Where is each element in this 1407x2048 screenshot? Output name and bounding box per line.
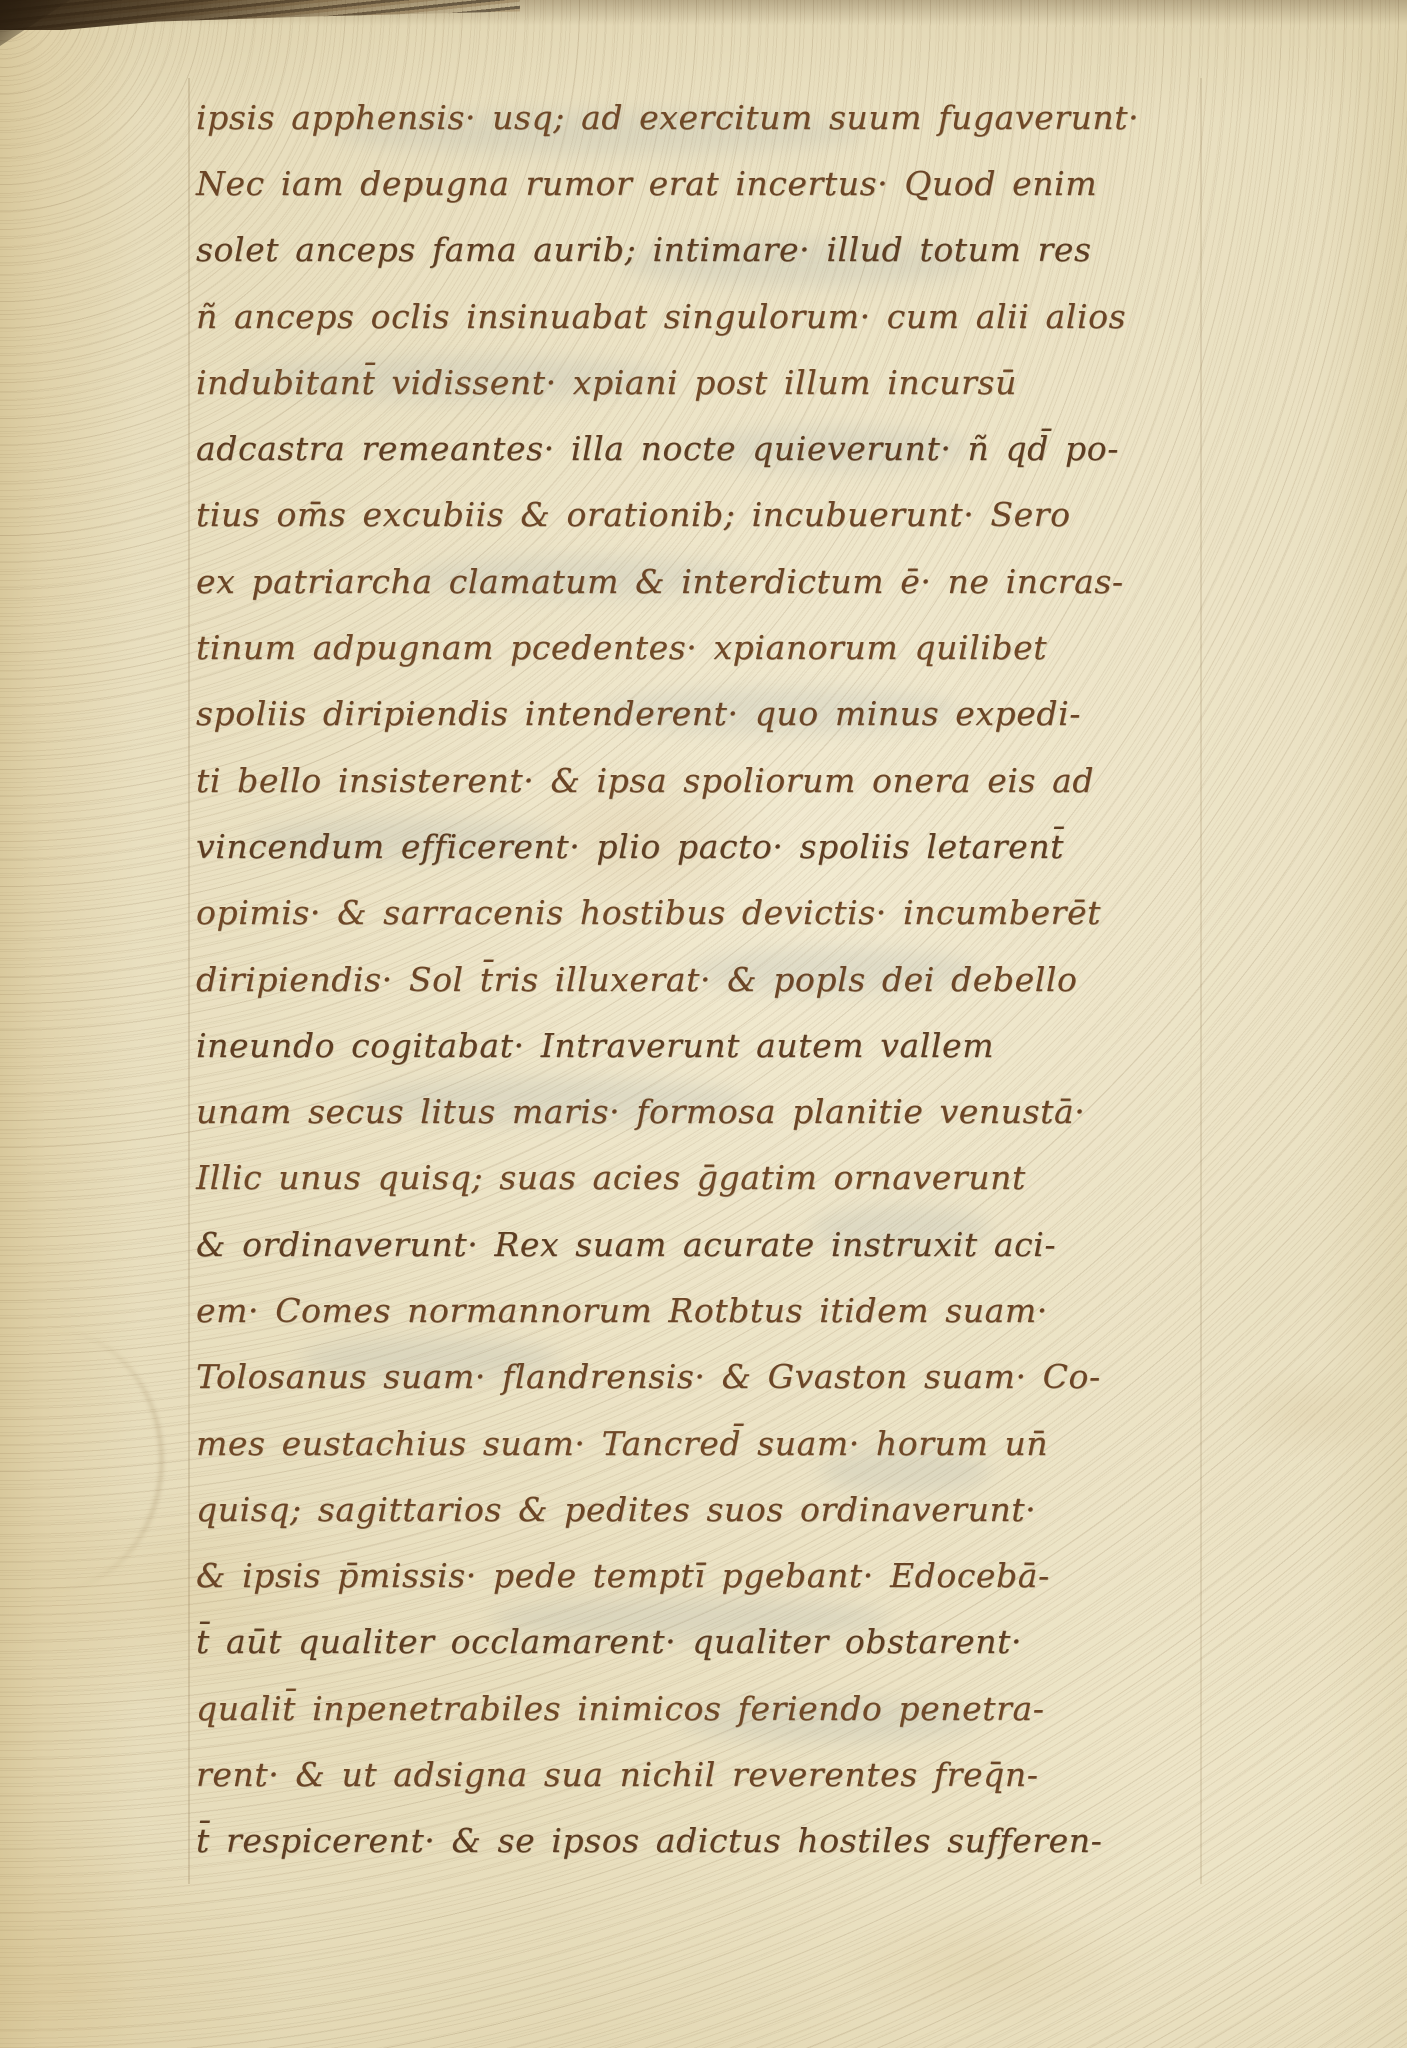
text-line: qualit̄ inpenetrabiles inimicos feriendo…: [196, 1675, 996, 1741]
text-line: tinum adpugnam pcedentes· xpianorum quil…: [196, 614, 996, 680]
text-line: & ipsis p̄missis· pede temptī pgebant· E…: [196, 1543, 996, 1609]
top-left-corner-edge: [0, 0, 70, 46]
text-line: ex patriarcha clamatum & interdictum ē· …: [196, 548, 996, 614]
parchment-crease: [0, 1330, 163, 1590]
text-line: solet anceps fama aurib; intimare· illud…: [196, 217, 996, 283]
ruling-line-left: [188, 78, 190, 1884]
text-line: tius om̄s excubiis & orationib; incubuer…: [196, 482, 996, 548]
text-line: ipsis apphensis· usq; ad exercitum suum …: [196, 84, 996, 150]
top-edge-shadow: [0, 0, 1407, 34]
text-line: opimis· & sarracenis hostibus devictis· …: [196, 880, 996, 946]
text-line: & ordinaverunt· Rex suam acurate instrux…: [196, 1211, 996, 1277]
text-line: t̄ respicerent· & se ipsos adictus hosti…: [196, 1808, 996, 1874]
text-line: quisq; sagittarios & pedites suos ordina…: [196, 1476, 996, 1542]
text-line: em· Comes normannorum Rotbtus itidem sua…: [196, 1277, 996, 1343]
text-line: vincendum efficerent· plio pacto· spolii…: [196, 813, 996, 879]
parchment-page: ipsis apphensis· usq; ad exercitum suum …: [0, 0, 1407, 2048]
text-line: rent· & ut adsigna sua nichil reverentes…: [196, 1741, 996, 1807]
text-line: mes eustachius suam· Tancred̄ suam· horu…: [196, 1410, 996, 1476]
text-line: unam secus litus maris· formosa planitie…: [196, 1078, 996, 1144]
text-line: spoliis diripiendis intenderent· quo min…: [196, 681, 996, 747]
text-line: adcastra remeantes· illa nocte quieverun…: [196, 415, 996, 481]
text-line: ñ anceps oclis insinuabat singulorum· cu…: [196, 283, 996, 349]
text-block: ipsis apphensis· usq; ad exercitum suum …: [196, 84, 996, 1874]
text-line: diripiendis· Sol t̄ris illuxerat· & popl…: [196, 946, 996, 1012]
text-line: indubitant̄ vidissent· xpiani post illum…: [196, 349, 996, 415]
text-line: t̄ aūt qualiter occlamarent· qualiter ob…: [196, 1609, 996, 1675]
ruling-line-right: [1200, 78, 1202, 1884]
text-line: Nec iam depugna rumor erat incertus· Quo…: [196, 150, 996, 216]
top-edge-dark-streaks: [0, 0, 520, 30]
text-line: Tolosanus suam· flandrensis· & Gvaston s…: [196, 1344, 996, 1410]
text-line: ti bello insisterent· & ipsa spoliorum o…: [196, 747, 996, 813]
text-line: ineundo cogitabat· Intraverunt autem val…: [196, 1012, 996, 1078]
text-line: Illic unus quisq; suas acies ḡgatim orna…: [196, 1145, 996, 1211]
